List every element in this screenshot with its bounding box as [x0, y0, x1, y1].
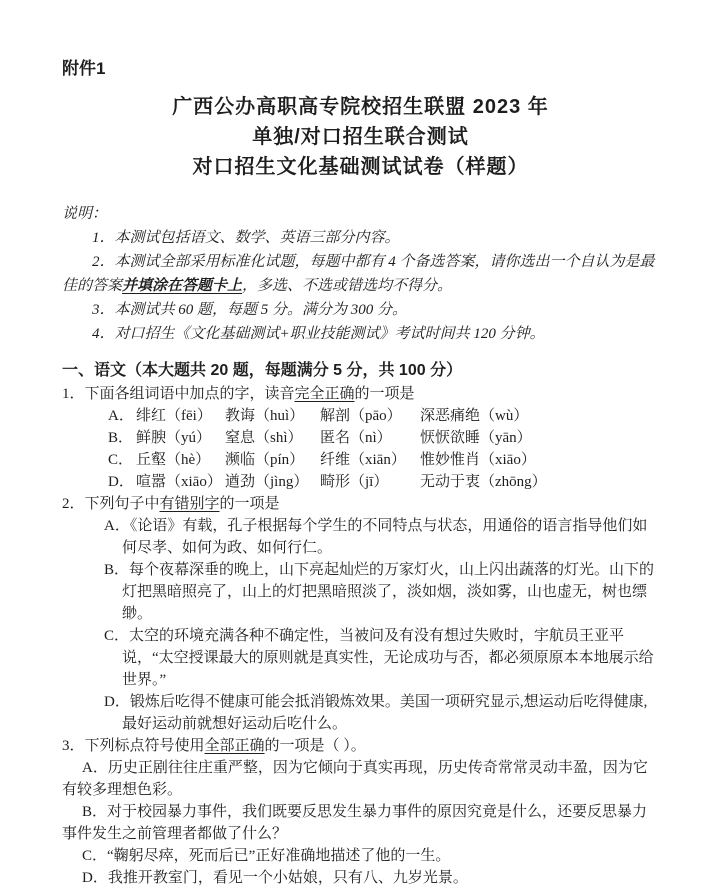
title-line-3: 对口招生文化基础测试试卷（样题）: [62, 152, 659, 182]
title-line-2: 单独/对口招生联合测试: [62, 122, 659, 152]
option-c: C．“鞠躬尽瘁，死而后已”正好准确地描述了他的一生。: [62, 845, 659, 867]
option-label: A．: [82, 760, 108, 776]
option-word-1: 鲜腴（yú）: [136, 427, 225, 449]
option-row-a: A． 绯红（fēi） 教诲（huì） 解剖（pāo） 深恶痛绝（wù）: [108, 405, 659, 427]
instruction-item-1: 1．本测试包括语文、数学、英语三部分内容。: [62, 226, 659, 250]
option-label: D．: [104, 694, 130, 710]
question-3: 3．下列标点符号使用全部正确的一项是（ ）。 A．历史正剧往往庄重严整，因为它倾…: [62, 735, 659, 889]
question-3-stem-underline: 全部正确: [205, 738, 265, 754]
question-1-stem: 1．下面各组词语中加点的字，读音完全正确的一项是: [62, 383, 659, 405]
option-d: D．锻炼后吃得不健康可能会抵消锻炼效果。美国一项研究显示,想运动后吃得健康,最好…: [122, 691, 659, 735]
option-text: 我推开教室门，看见一个小姑娘，只有八、九岁光景。: [108, 870, 468, 886]
option-c: C．太空的环境充满各种不确定性，当被问及有没有想过失败时，宇航员王亚平说，“太空…: [122, 625, 659, 691]
option-word-1: 丘壑（hè）: [136, 449, 225, 471]
question-1: 1．下面各组词语中加点的字，读音完全正确的一项是 A． 绯红（fēi） 教诲（h…: [62, 383, 659, 493]
option-label: A．: [104, 518, 130, 534]
option-label: C．: [104, 628, 129, 644]
question-3-stem: 3．下列标点符号使用全部正确的一项是（ ）。: [62, 735, 659, 757]
instruction-item-2: 2．本测试全部采用标准化试题，每题中都有 4 个备选答案，请你选出一个自认为是最…: [62, 250, 659, 298]
exam-paper-page: 附件1 广西公办高职高专院校招生联盟 2023 年 单独/对口招生联合测试 对口…: [0, 0, 707, 891]
option-word-2: 教诲（huì）: [225, 405, 320, 427]
option-text: 历史正剧往往庄重严整，因为它倾向于真实再现，历史传奇常常灵动丰盈，因为它有较多理…: [62, 760, 648, 798]
question-1-stem-underline: 完全正确: [295, 386, 355, 402]
title-line-1: 广西公办高职高专院校招生联盟 2023 年: [62, 92, 659, 122]
instruction-item-3: 3．本测试共 60 题，每题 5 分。满分为 300 分。: [62, 298, 659, 322]
option-a: A．历史正剧往往庄重严整，因为它倾向于真实再现，历史传奇常常灵动丰盈，因为它有较…: [62, 757, 659, 801]
option-row-b: B． 鲜腴（yú） 窒息（shì） 匿名（nì） 恹恹欲睡（yān）: [108, 427, 659, 449]
question-2-stem: 2．下列句子中有错别字的一项是: [62, 493, 659, 515]
instructions-block: 说明： 1．本测试包括语文、数学、英语三部分内容。 2．本测试全部采用标准化试题…: [62, 202, 659, 346]
option-label: B．: [104, 562, 129, 578]
question-1-stem-pre: 1．下面各组词语中加点的字，读音: [62, 386, 295, 402]
option-text: 锻炼后吃得不健康可能会抵消锻炼效果。美国一项研究显示,想运动后吃得健康,最好运动…: [122, 694, 647, 732]
option-word-4: 惟妙惟肖（xiāo）: [420, 449, 659, 471]
option-word-1: 绯红（fēi）: [136, 405, 225, 427]
instruction-item-4: 4．对口招生《文化基础测试+职业技能测试》考试时间共 120 分钟。: [62, 322, 659, 346]
option-label: C．: [108, 449, 136, 471]
option-word-3: 畸形（jī）: [320, 471, 420, 493]
option-word-2: 遒劲（jìng）: [225, 471, 320, 493]
option-word-2: 濒临（pín）: [225, 449, 320, 471]
instruction-item-2-post: ，多选、不选或错选均不得分。: [242, 278, 452, 294]
instruction-item-2-emphasis: 并填涂在答题卡上: [122, 278, 242, 294]
question-2-stem-underline: 有错别字: [160, 496, 220, 512]
question-2-stem-pre: 2．下列句子中: [62, 496, 160, 512]
option-label: D．: [82, 870, 108, 886]
option-word-3: 匿名（nì）: [320, 427, 420, 449]
question-2-stem-post: 的一项是: [220, 496, 280, 512]
option-row-c: C． 丘壑（hè） 濒临（pín） 纤维（xiān） 惟妙惟肖（xiāo）: [108, 449, 659, 471]
option-text: 《论语》有载，孔子根据每个学生的不同特点与状态，用通俗的语言指导他们如何尽孝、如…: [122, 518, 647, 556]
option-label: B．: [82, 804, 107, 820]
option-word-4: 深恶痛绝（wù）: [420, 405, 659, 427]
section-heading-chinese: 一、语文（本大题共 20 题，每题满分 5 分，共 100 分）: [62, 358, 659, 383]
option-label: C．: [82, 848, 107, 864]
instructions-label: 说明：: [62, 202, 659, 226]
document-title: 广西公办高职高专院校招生联盟 2023 年 单独/对口招生联合测试 对口招生文化…: [62, 92, 659, 182]
option-word-3: 纤维（xiān）: [320, 449, 420, 471]
option-word-3: 解剖（pāo）: [320, 405, 420, 427]
option-word-4: 恹恹欲睡（yān）: [420, 427, 659, 449]
option-word-1: 喧嚣（xiāo）: [136, 471, 225, 493]
option-text: 对于校园暴力事件，我们既要反思发生暴力事件的原因究竟是什么，还要反思暴力事件发生…: [62, 804, 647, 842]
option-word-2: 窒息（shì）: [225, 427, 320, 449]
option-b: B．每个夜幕深垂的晚上，山下亮起灿烂的万家灯火，山上闪出蔬落的灯光。山下的灯把黑…: [122, 559, 659, 625]
option-word-4: 无动于衷（zhōng）: [420, 471, 659, 493]
option-row-d: D． 喧嚣（xiāo） 遒劲（jìng） 畸形（jī） 无动于衷（zhōng）: [108, 471, 659, 493]
option-d: D．我推开教室门，看见一个小姑娘，只有八、九岁光景。: [62, 867, 659, 889]
question-3-stem-post: 的一项是（ ）。: [265, 738, 366, 754]
option-b: B．对于校园暴力事件，我们既要反思发生暴力事件的原因究竟是什么，还要反思暴力事件…: [62, 801, 659, 845]
question-3-stem-pre: 3．下列标点符号使用: [62, 738, 205, 754]
question-1-stem-post: 的一项是: [355, 386, 415, 402]
question-2: 2．下列句子中有错别字的一项是 A．《论语》有载，孔子根据每个学生的不同特点与状…: [62, 493, 659, 735]
attachment-label: 附件1: [62, 58, 659, 80]
option-text: 每个夜幕深垂的晚上，山下亮起灿烂的万家灯火，山上闪出蔬落的灯光。山下的灯把黑暗照…: [122, 562, 654, 622]
question-1-options: A． 绯红（fēi） 教诲（huì） 解剖（pāo） 深恶痛绝（wù） B． 鲜…: [108, 405, 659, 493]
option-label: D．: [108, 471, 136, 493]
option-a: A．《论语》有载，孔子根据每个学生的不同特点与状态，用通俗的语言指导他们如何尽孝…: [122, 515, 659, 559]
option-label: B．: [108, 427, 136, 449]
option-label: A．: [108, 405, 136, 427]
option-text: 太空的环境充满各种不确定性，当被问及有没有想过失败时，宇航员王亚平说，“太空授课…: [122, 628, 654, 688]
option-text: “鞠躬尽瘁，死而后已”正好准确地描述了他的一生。: [107, 848, 450, 864]
